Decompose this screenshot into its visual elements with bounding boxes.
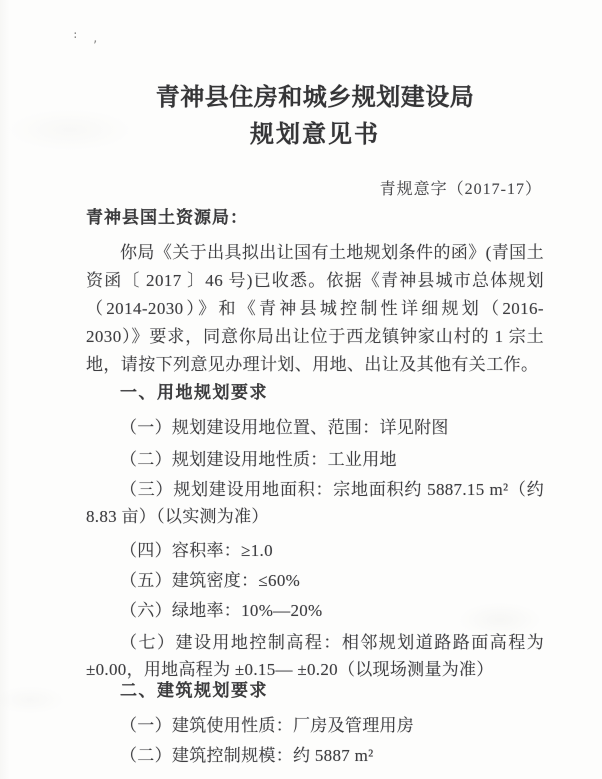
- scanned-document-page: : , 青神县住房和城乡规划建设局 规划意见书 青规意字（2017-17） 青神…: [0, 0, 602, 779]
- list-item-s1-6: （六）绿地率：10%—20%: [86, 597, 544, 624]
- list-item-s1-1: （一）规划建设用地位置、范围：详见附图: [86, 414, 544, 441]
- list-item-s1-3: （三）规划建设用地面积：宗地面积约 5887.15 m²（约 8.83 亩）（以…: [86, 476, 544, 530]
- document-title: 青神县住房和城乡规划建设局 规划意见书: [86, 80, 544, 154]
- document-content: 青神县住房和城乡规划建设局 规划意见书 青规意字（2017-17） 青神县国土资…: [86, 0, 544, 779]
- page-title-line2: 规划意见书: [86, 116, 544, 154]
- list-item-s1-5: （五）建筑密度：≤60%: [86, 567, 544, 594]
- list-item-s1-4: （四）容积率：≥1.0: [86, 537, 544, 564]
- page-title-line1: 青神县住房和城乡规划建设局: [86, 80, 544, 116]
- intro-paragraph: 你局《关于出具拟出让国有土地规划条件的函》(青国土资函〔 2017 〕46 号)…: [86, 239, 544, 379]
- document-reference-number: 青规意字（2017-17）: [380, 179, 542, 201]
- list-item-s2-1: （一）建筑使用性质：厂房及管理用房: [86, 712, 544, 739]
- section-2-heading: 二、建筑规划要求: [86, 679, 544, 703]
- list-item-s1-7: （七）建设用地控制高程：相邻规划道路路面高程为±0.00，用地高程为 ±0.15…: [86, 629, 544, 683]
- section-1-heading: 一、用地规划要求: [86, 381, 544, 405]
- recipient-salutation: 青神县国土资源局：: [86, 206, 248, 230]
- list-item-s2-2: （二）建筑控制规模：约 5887 m²: [86, 742, 544, 769]
- scan-artifact-mark: :: [72, 28, 79, 41]
- list-item-s1-2: （二）规划建设用地性质：工业用地: [86, 446, 544, 473]
